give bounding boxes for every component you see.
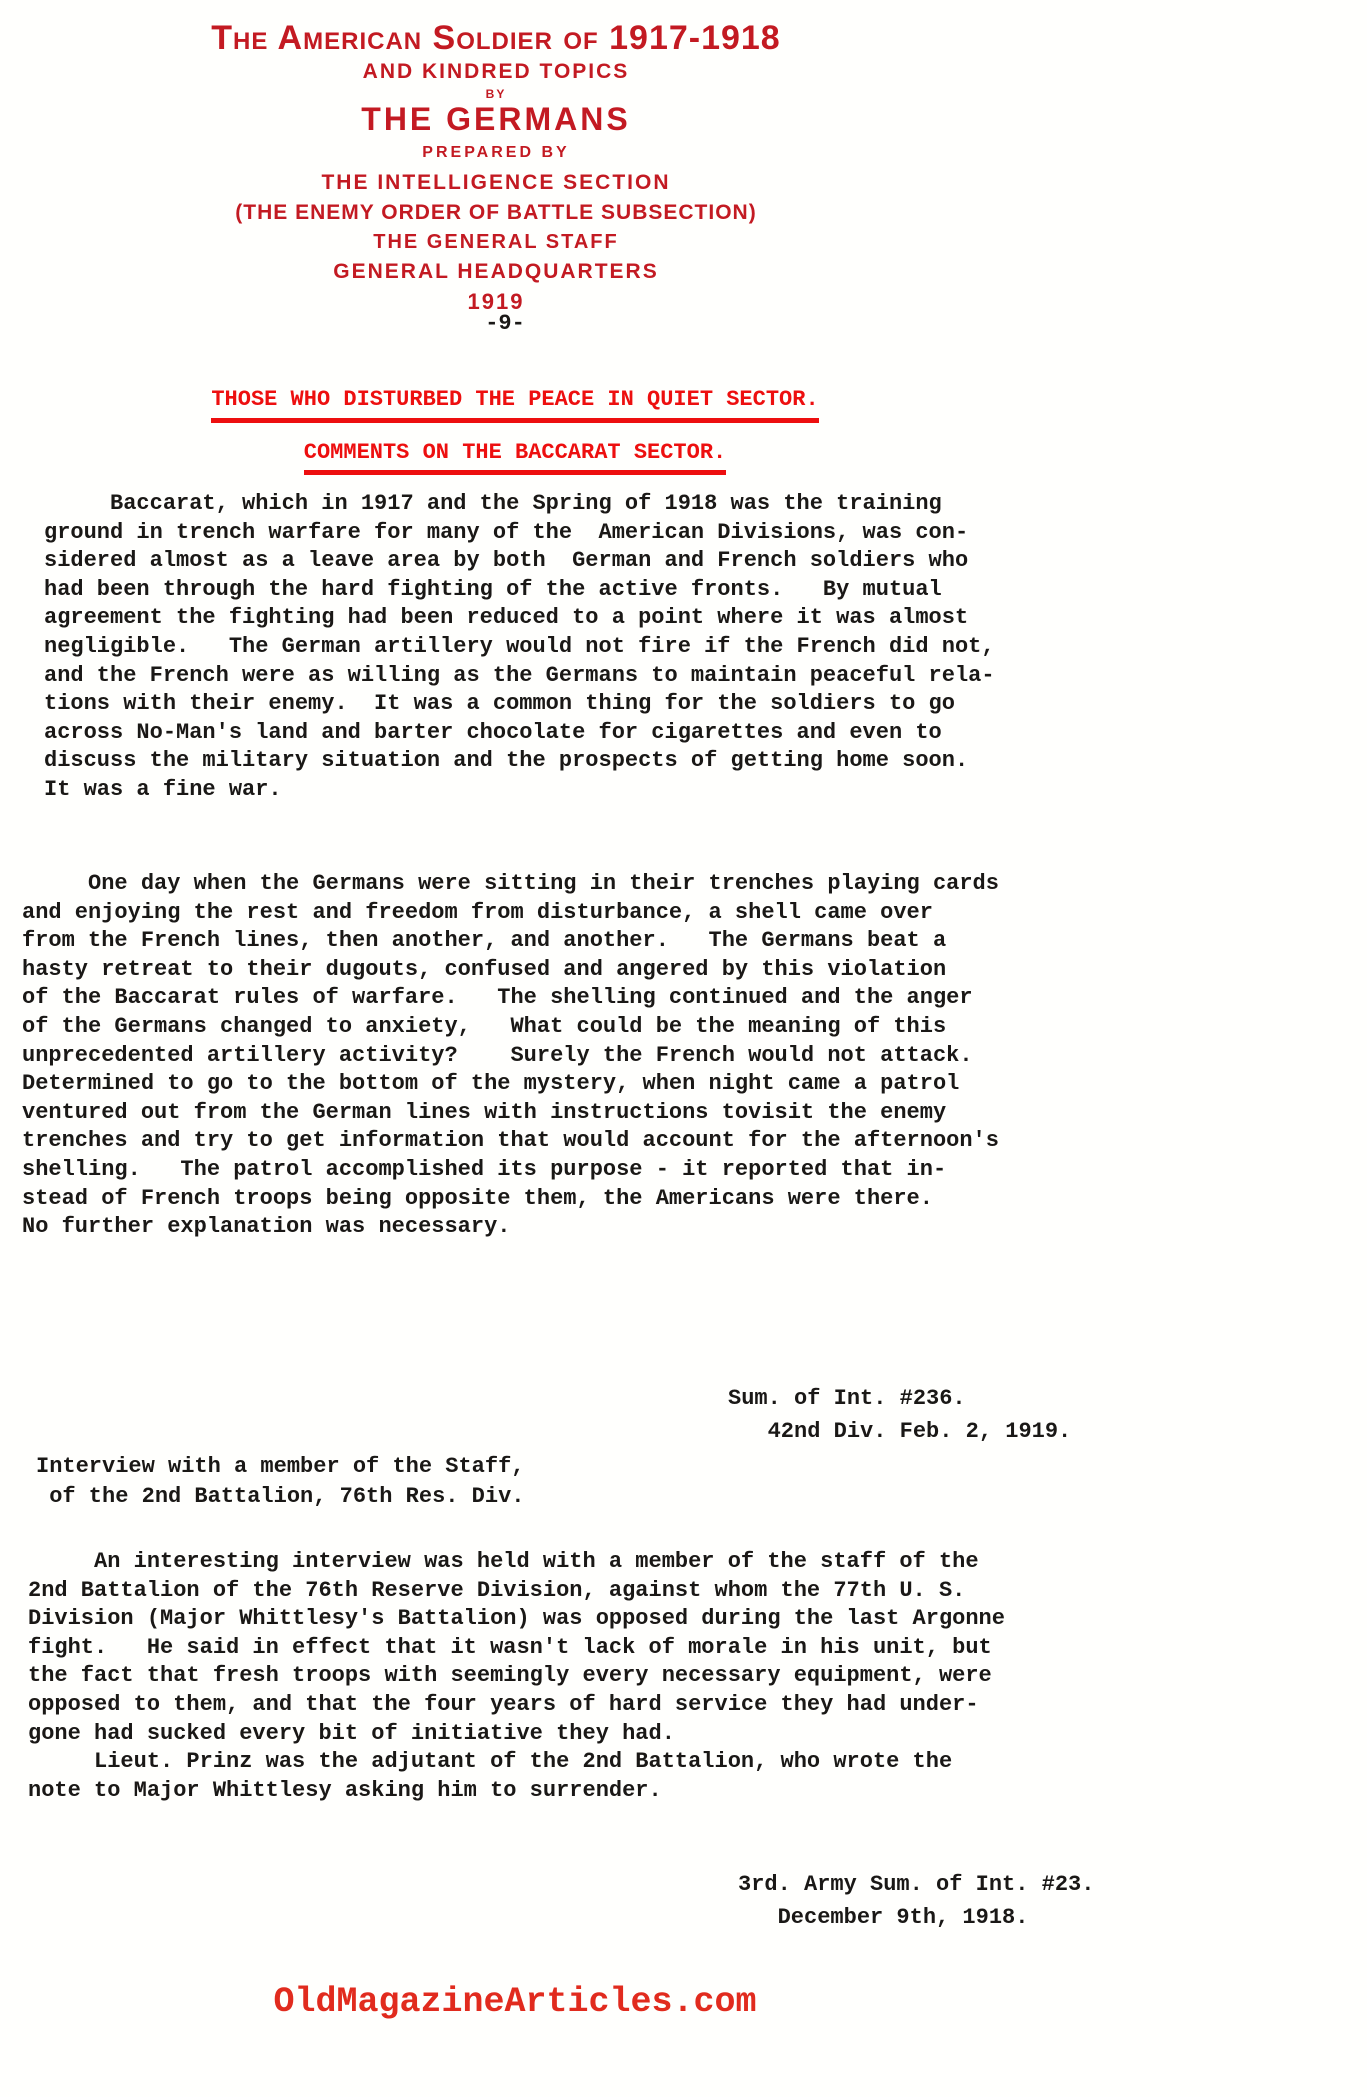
interview-paragraphs: An interesting interview was held with a… bbox=[28, 1548, 1005, 1805]
paragraph-baccarat-intro: Baccarat, which in 1917 and the Spring o… bbox=[44, 490, 995, 805]
paragraph-lieut-prinz: Lieut. Prinz was the adjutant of the 2nd… bbox=[28, 1748, 1005, 1805]
general-headquarters-line: GENERAL HEADQUARTERS bbox=[0, 259, 992, 285]
document-subtitle: AND KINDRED TOPICS bbox=[0, 60, 992, 84]
scanned-document-page: The American Soldier of 1917-1918 AND KI… bbox=[0, 0, 1367, 2097]
section-heading-quiet-sector: THOSE WHO DISTURBED THE PEACE IN QUIET S… bbox=[211, 386, 818, 423]
author-line: THE GERMANS bbox=[0, 101, 992, 137]
order-of-battle-subsection-line: (THE ENEMY ORDER OF BATTLE SUBSECTION) bbox=[0, 200, 992, 226]
byline-label: BY bbox=[0, 87, 992, 101]
section-heading-baccarat-sector: COMMENTS ON THE BACCARAT SECTOR. bbox=[304, 439, 726, 476]
prepared-by-label: PREPARED BY bbox=[0, 143, 992, 163]
page-number: -9- bbox=[0, 310, 1010, 339]
section-headings: THOSE WHO DISTURBED THE PEACE IN QUIET S… bbox=[0, 386, 1030, 475]
intelligence-section-line: THE INTELLIGENCE SECTION bbox=[0, 170, 992, 196]
paragraph-interview: An interesting interview was held with a… bbox=[28, 1548, 1005, 1748]
citation-sum-of-int-236: Sum. of Int. #236. 42nd Div. Feb. 2, 191… bbox=[728, 1382, 1071, 1448]
general-staff-line: THE GENERAL STAFF bbox=[0, 230, 992, 255]
paragraph-shelling-incident: One day when the Germans were sitting in… bbox=[22, 870, 999, 1242]
citation-3rd-army-sum: 3rd. Army Sum. of Int. #23. December 9th… bbox=[738, 1868, 1094, 1934]
masthead: The American Soldier of 1917-1918 AND KI… bbox=[0, 20, 992, 315]
interview-source-label: Interview with a member of the Staff, of… bbox=[36, 1452, 524, 1512]
document-title: The American Soldier of 1917-1918 bbox=[0, 20, 992, 56]
footer-watermark: OldMagazineArticles.com bbox=[0, 1982, 1030, 2022]
